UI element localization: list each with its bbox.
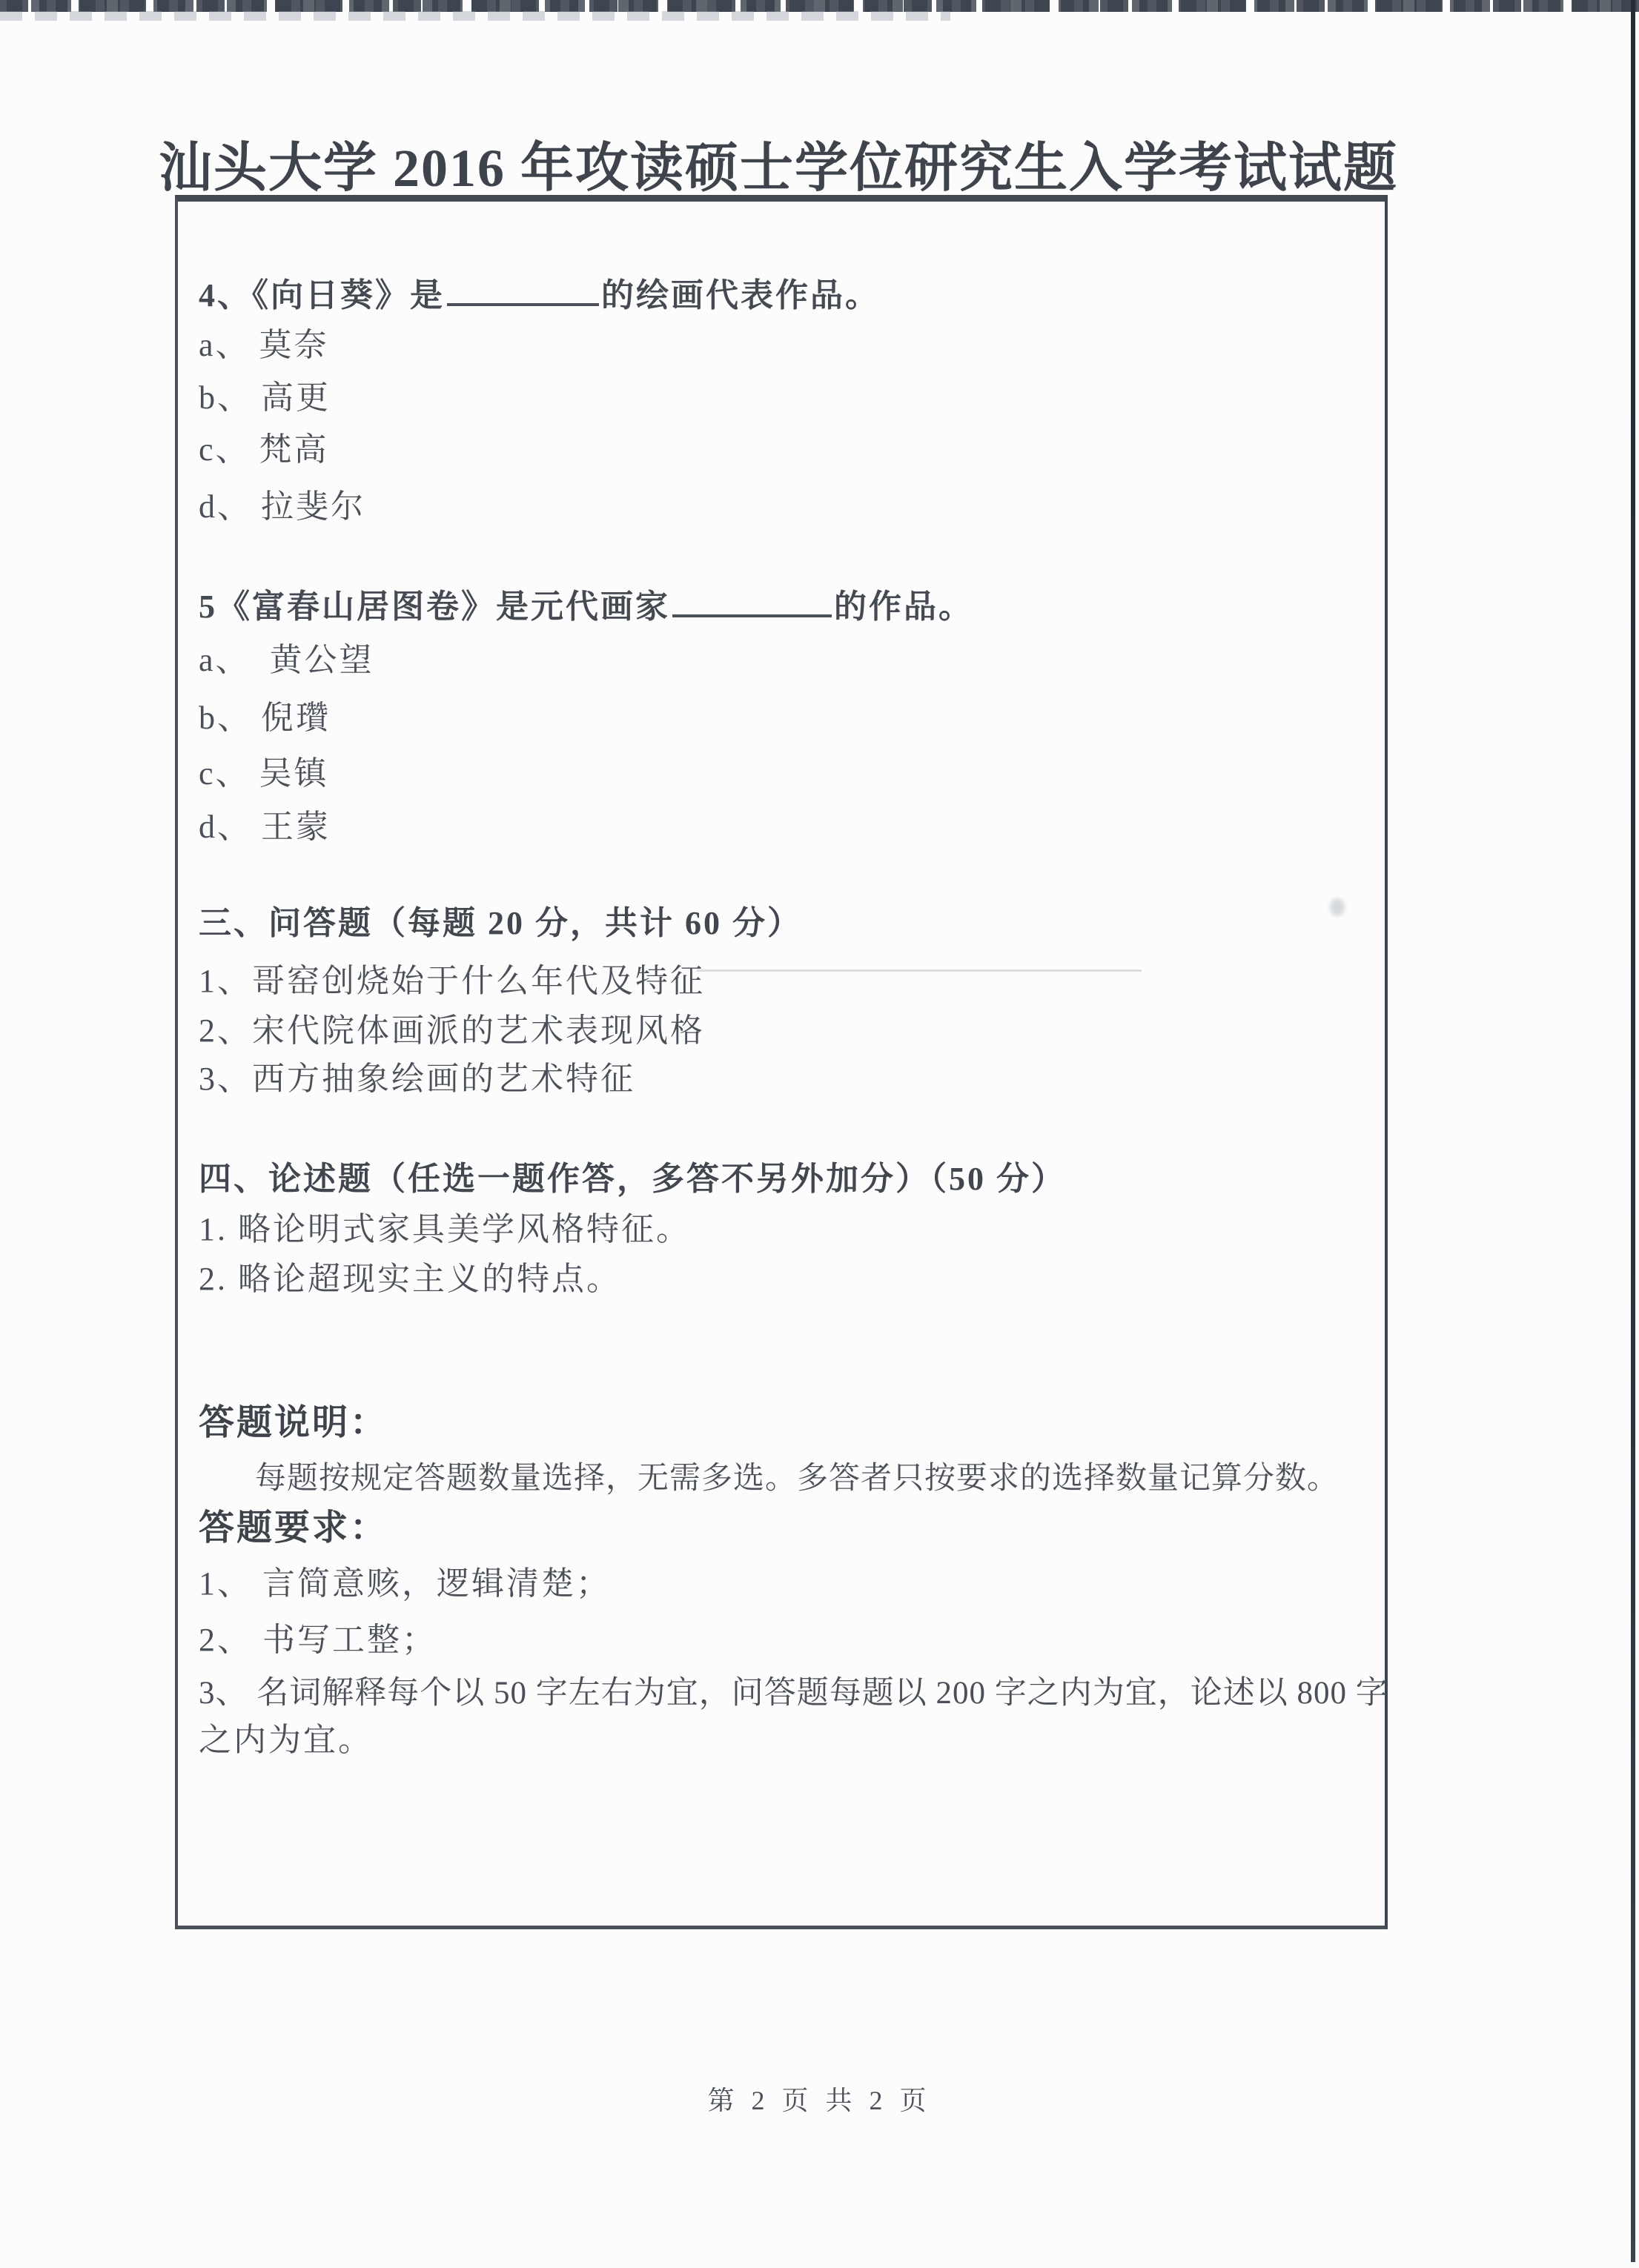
question-4-option-b: b、高更 xyxy=(199,377,331,419)
option-label: d、 xyxy=(199,809,252,845)
requirement-item-3: 3、 名词解释每个以 50 字左右为宜，问答题每题以 200 字之内为宜，论述以… xyxy=(199,1673,1388,1714)
question-4-option-a: a、莫奈 xyxy=(199,325,329,366)
requirement-item-3-wrap: 之内为宜。 xyxy=(199,1720,373,1761)
option-label: c、 xyxy=(199,431,251,468)
page-number-footer: 第 2 页 共 2 页 xyxy=(0,2080,1639,2118)
option-label: c、 xyxy=(199,755,251,792)
scanner-noise-band xyxy=(0,0,1639,12)
question-4-text-after-blank: 的绘画代表作品。 xyxy=(601,277,880,314)
section-3-item-2: 2、宋代院体画派的艺术表现风格 xyxy=(199,1010,705,1052)
question-5-option-b: b、倪瓚 xyxy=(199,697,331,739)
answer-requirements-heading: 答题要求： xyxy=(199,1508,388,1549)
option-text: 拉斐尔 xyxy=(261,488,365,525)
section-3-heading: 三、问答题（每题 20 分，共计 60 分） xyxy=(199,903,802,944)
question-5-text-before-blank: 5《富春山居图卷》是元代画家 xyxy=(199,588,670,625)
scanner-noise-band-secondary xyxy=(0,11,950,21)
question-4-text-before-blank: 4、《向日葵》是 xyxy=(199,277,445,314)
exam-content-border: 4、《向日葵》是的绘画代表作品。 a、莫奈 b、高更 c、梵高 d、拉斐尔 5《… xyxy=(175,195,1388,1929)
option-label: a、 xyxy=(199,642,251,678)
fill-in-blank-line xyxy=(447,299,599,306)
section-3-item-3: 3、西方抽象绘画的艺术特征 xyxy=(199,1058,635,1100)
option-text: 倪瓚 xyxy=(261,700,331,736)
option-label: b、 xyxy=(199,379,252,416)
scan-scratch-artifact xyxy=(697,969,1142,972)
scan-edge-line xyxy=(1631,0,1635,2262)
question-4-line: 4、《向日葵》是的绘画代表作品。 xyxy=(199,275,880,316)
question-4-option-c: c、梵高 xyxy=(199,429,329,471)
option-label: b、 xyxy=(199,700,252,736)
requirement-item-2: 2、 书写工整； xyxy=(199,1619,437,1661)
question-5-option-d: d、王蒙 xyxy=(199,806,331,848)
option-text: 王蒙 xyxy=(261,809,331,845)
fill-in-blank-line xyxy=(672,610,832,617)
section-4-item-1: 1. 略论明式家具美学风格特征。 xyxy=(199,1209,691,1250)
question-5-option-a: a、黄公望 xyxy=(199,640,374,681)
option-text: 高更 xyxy=(261,379,331,416)
question-5-line: 5《富春山居图卷》是元代画家的作品。 xyxy=(199,586,973,628)
option-text: 梵高 xyxy=(259,431,329,468)
option-label: d、 xyxy=(199,488,252,525)
question-5-option-c: c、吴镇 xyxy=(199,753,329,795)
page-title: 汕头大学 2016 年攻读硕士学位研究生入学考试试题 xyxy=(111,125,1446,202)
question-4-option-d: d、拉斐尔 xyxy=(199,486,365,528)
scanned-exam-page: 汕头大学 2016 年攻读硕士学位研究生入学考试试题 4、《向日葵》是的绘画代表… xyxy=(0,0,1639,2268)
answer-instructions-heading: 答题说明： xyxy=(199,1402,388,1444)
scan-smudge-artifact xyxy=(1330,898,1345,916)
option-label: a、 xyxy=(199,327,251,363)
question-5-text-after-blank: 的作品。 xyxy=(834,588,973,625)
section-4-item-2: 2. 略论超现实主义的特点。 xyxy=(199,1259,621,1300)
requirement-item-1: 1、 言简意赅，逻辑清楚； xyxy=(199,1563,611,1605)
option-text: 莫奈 xyxy=(259,327,329,363)
answer-instructions-body: 每题按规定答题数量选择，无需多选。多答者只按要求的选择数量记算分数。 xyxy=(255,1458,1339,1499)
option-text: 吴镇 xyxy=(259,755,329,792)
section-3-item-1: 1、哥窑创烧始于什么年代及特征 xyxy=(199,961,705,1002)
option-text: 黄公望 xyxy=(270,642,374,678)
section-4-heading: 四、论述题（任选一题作答，多答不另外加分）（50 分） xyxy=(199,1158,1066,1200)
